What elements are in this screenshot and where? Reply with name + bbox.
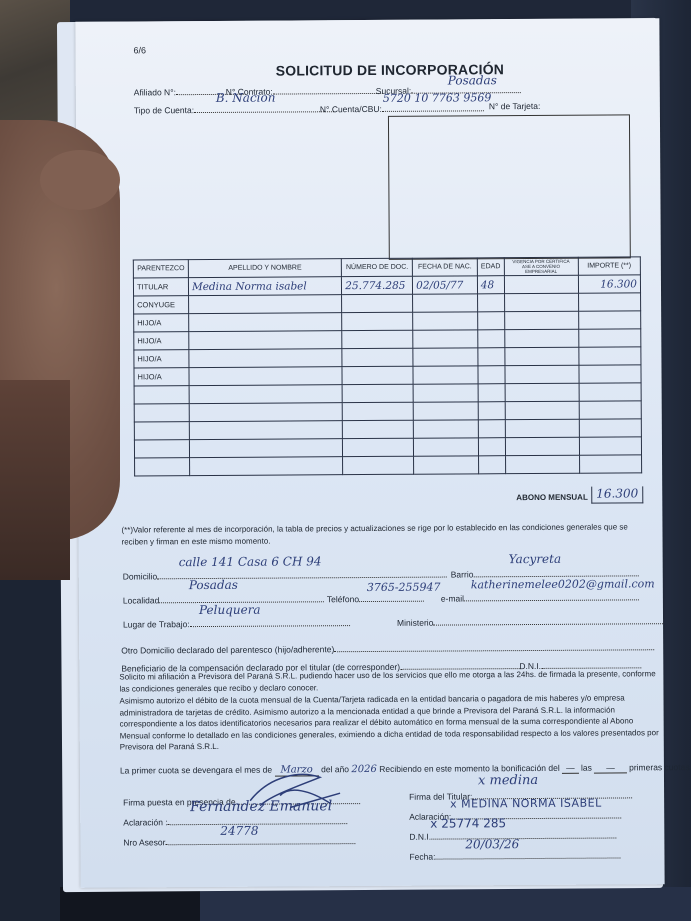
cell-edad[interactable] <box>478 456 505 474</box>
cell-importe[interactable] <box>579 437 642 455</box>
cell-importe[interactable] <box>579 455 642 473</box>
header-fecha-nac: FECHA DE NAC. <box>412 258 477 276</box>
cell-nombre[interactable] <box>189 313 342 332</box>
cell-doc[interactable] <box>342 312 413 330</box>
cell-doc[interactable]: 25.774.285 <box>342 276 413 294</box>
header-importe: IMPORTE (**) <box>578 257 641 275</box>
background-bottom <box>200 887 691 921</box>
tarjeta-label: N° de Tarjeta: <box>489 101 540 111</box>
cell-importe[interactable] <box>579 365 642 383</box>
sucursal-value: Posadas <box>448 73 497 87</box>
cell-parentezco: HIJO/A <box>134 314 189 332</box>
las-value: — <box>594 762 627 773</box>
cell-vigencia[interactable] <box>505 455 579 473</box>
cell-doc[interactable] <box>342 330 413 348</box>
cell-nombre[interactable] <box>189 385 342 404</box>
cell-parentezco <box>134 386 189 404</box>
cell-fecha_nac[interactable] <box>413 420 478 438</box>
cell-vigencia[interactable] <box>505 383 579 401</box>
cell-vigencia[interactable] <box>505 437 579 455</box>
cuenta-cbu-value: 5720 10 7763 9569 <box>383 91 492 105</box>
cell-edad[interactable] <box>478 384 505 402</box>
otro-domicilio-field[interactable]: Otro Domicilio declarado del parentesco … <box>121 640 654 655</box>
paragraph-afiliacion: Solicito mi afiliación a Previsora del P… <box>119 668 659 694</box>
cell-nombre[interactable] <box>189 439 342 458</box>
cell-nombre[interactable] <box>189 331 342 350</box>
domicilio-field[interactable]: Domicilio <box>123 568 448 582</box>
cell-parentezco: CONYUGE <box>134 296 189 314</box>
cell-edad[interactable] <box>478 348 505 366</box>
cell-parentezco <box>134 422 189 440</box>
cell-nombre[interactable] <box>189 403 342 422</box>
tipo-cuenta-value: B. Nacion <box>216 91 276 105</box>
cell-doc[interactable] <box>343 438 414 456</box>
members-table: PARENTEZCO APELLIDO Y NOMBRE NÚMERO DE D… <box>133 256 642 476</box>
barrio-value: Yacyreta <box>509 552 562 566</box>
cell-parentezco <box>135 458 190 476</box>
cell-edad[interactable] <box>477 312 504 330</box>
cell-importe[interactable] <box>578 311 641 329</box>
cell-importe[interactable] <box>578 329 641 347</box>
abono-mensual-value: 16.300 <box>596 486 638 500</box>
trabajo-field[interactable]: Lugar de Trabajo: <box>123 616 350 629</box>
cell-vigencia[interactable] <box>504 293 578 311</box>
email-value: katherinemelee0202@gmail.com <box>471 577 655 591</box>
cuota-anio-value: 2026 <box>351 764 377 775</box>
cell-nombre[interactable] <box>189 295 342 314</box>
cell-vigencia[interactable] <box>505 347 579 365</box>
cell-importe[interactable] <box>579 383 642 401</box>
cell-importe[interactable]: 16.300 <box>578 275 641 293</box>
cell-doc[interactable] <box>342 294 413 312</box>
cell-parentezco <box>134 440 189 458</box>
header-doc: NÚMERO DE DOC. <box>342 258 413 276</box>
cell-fecha_nac[interactable] <box>414 456 479 474</box>
abono-mensual-label: ABONO MENSUAL <box>516 493 588 502</box>
trabajo-value: Peluquera <box>199 603 261 617</box>
dni-value: x 25774 285 <box>430 816 506 830</box>
cuota-line: La primer cuota se devengara el mes de M… <box>120 762 691 777</box>
cell-nombre[interactable]: Medina Norma isabel <box>188 277 341 296</box>
aclaracion-left-value: Fernandez Emanuel <box>190 798 332 815</box>
cell-importe[interactable] <box>579 401 642 419</box>
cell-fecha_nac[interactable] <box>413 330 478 348</box>
cell-fecha_nac[interactable] <box>413 294 478 312</box>
paragraph-debito: Asimismo autorizo el débito de la cuota … <box>119 692 659 753</box>
cell-nombre[interactable] <box>189 349 342 368</box>
ministerio-field[interactable]: Ministerio <box>397 614 663 628</box>
email-field[interactable]: e-mail <box>441 590 639 603</box>
cell-vigencia[interactable] <box>505 329 579 347</box>
cell-edad[interactable] <box>478 402 505 420</box>
thumb-tip <box>40 150 120 210</box>
tarjeta-box[interactable] <box>388 114 631 259</box>
cell-doc[interactable] <box>343 456 414 474</box>
localidad-value: Posadas <box>189 578 238 592</box>
cell-fecha_nac[interactable] <box>413 366 478 384</box>
bonificacion-value: — <box>562 763 579 774</box>
cell-nombre[interactable] <box>189 457 342 476</box>
cell-vigencia[interactable] <box>504 311 578 329</box>
cell-doc[interactable] <box>343 420 414 438</box>
cell-edad[interactable] <box>478 366 505 384</box>
cell-importe[interactable] <box>579 419 642 437</box>
cell-fecha_nac[interactable] <box>414 438 479 456</box>
cell-doc[interactable] <box>342 348 413 366</box>
cell-edad[interactable] <box>478 420 505 438</box>
header-parentezco: PARENTEZCO <box>133 260 188 278</box>
cell-fecha_nac[interactable] <box>413 402 478 420</box>
cell-edad[interactable] <box>478 438 505 456</box>
cell-doc[interactable] <box>342 366 413 384</box>
cell-fecha_nac[interactable] <box>413 384 478 402</box>
form-page: 6/6 SOLICITUD DE INCORPORACIÓN Afiliado … <box>75 18 664 888</box>
cell-parentezco: HIJO/A <box>134 368 189 386</box>
cell-parentezco: TITULAR <box>133 278 188 296</box>
table-row <box>135 455 642 476</box>
cell-parentezco <box>134 404 189 422</box>
cell-vigencia[interactable] <box>505 401 579 419</box>
domicilio-value: calle 141 Casa 6 CH 94 <box>179 554 322 569</box>
aclaracion-right-value: x MEDINA NORMA ISABEL <box>450 797 602 811</box>
footnote: (**)Valor referente al mes de incorporac… <box>121 521 651 548</box>
cell-doc[interactable] <box>343 402 414 420</box>
cell-vigencia[interactable] <box>505 419 579 437</box>
cell-nombre[interactable] <box>189 367 342 386</box>
cell-edad[interactable] <box>477 294 504 312</box>
cell-edad[interactable] <box>478 330 505 348</box>
cell-importe[interactable] <box>578 293 641 311</box>
cell-edad[interactable]: 48 <box>477 276 504 294</box>
cell-vigencia[interactable] <box>504 275 578 293</box>
header-vigencia: VIGENCIA POR CERTIFICA ASE A CONVENIO EM… <box>504 257 578 275</box>
cell-fecha_nac[interactable] <box>413 312 478 330</box>
background-bottom-left <box>60 887 200 921</box>
cell-importe[interactable] <box>578 347 641 365</box>
asesor-value: 24778 <box>220 824 258 838</box>
fecha-value: 20/03/26 <box>465 837 519 851</box>
header-edad: EDAD <box>477 258 504 276</box>
cell-vigencia[interactable] <box>505 365 579 383</box>
cell-parentezco: HIJO/A <box>134 350 189 368</box>
titular-signature: x medina <box>478 773 538 788</box>
cell-parentezco: HIJO/A <box>134 332 189 350</box>
cell-fecha_nac[interactable]: 02/05/77 <box>413 276 478 294</box>
header-nombre: APELLIDO Y NOMBRE <box>188 259 341 278</box>
page-number: 6/6 <box>134 45 147 55</box>
telefono-value: 3765-255947 <box>367 581 441 594</box>
cell-fecha_nac[interactable] <box>413 348 478 366</box>
cell-doc[interactable] <box>342 384 413 402</box>
hand-palm <box>0 380 70 580</box>
cell-nombre[interactable] <box>189 421 342 440</box>
